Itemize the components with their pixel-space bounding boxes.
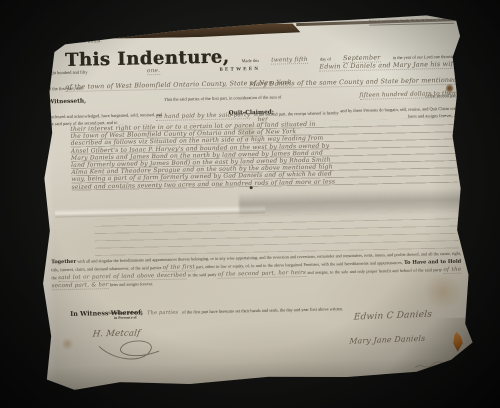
quit-claimed-label: Quit-Claimed;	[229, 110, 274, 117]
first-part-phrase: of the first part, and	[47, 86, 82, 92]
bottom-right-curl-shadow	[366, 317, 477, 389]
document-type-label: QUIT CLAIM DEED.	[57, 39, 103, 44]
witnesseth-label: Witnesseth,	[48, 99, 86, 106]
habendum-hand-3: of the second part, her heirs	[218, 270, 306, 279]
witness-signature-name: H. Metcalf	[92, 328, 141, 339]
to-have-and-to-hold: To Have and to Hold	[404, 259, 461, 266]
stain	[61, 338, 74, 350]
top-fold-brown-edge	[48, 15, 300, 40]
witness-clause-text: of the first part have hereunto set thei…	[182, 306, 343, 314]
property-description: their interest right or title in or to a…	[70, 118, 457, 191]
made-this-text: Made this	[242, 58, 260, 63]
deed-paper-sheet: Printed and Sold by Smith, Fisher & Bent…	[34, 11, 478, 396]
habendum-printed-5: and assigns, to the sole and only proper…	[307, 267, 442, 275]
signature-flourish	[93, 339, 172, 367]
consideration-printed: That the said parties of the first part,…	[164, 94, 282, 101]
habendum-printed-6: heirs and assigns forever.	[110, 281, 154, 287]
habendum-printed-3: the	[51, 275, 56, 280]
presents-printed: and by these Presents do bargain, sell, …	[340, 106, 458, 113]
printer-credit: Printed and Sold by Smith, Fisher & Bent…	[369, 18, 454, 26]
faint-pencil-scribble	[413, 358, 457, 373]
witness-signature: H. Metcalf	[92, 320, 183, 367]
habendum-hand-1: of the first	[163, 264, 196, 272]
photograph-background: Printed and Sold by Smith, Fisher & Bent…	[0, 0, 500, 408]
together-lead: Together	[51, 259, 76, 266]
habendum-printed-4: to the said party	[188, 272, 217, 278]
day-of-text: day of	[320, 56, 331, 61]
year-line-printed: eight hundred and fifty	[47, 69, 87, 75]
acknowledge-printed: confessed and acknowledged, have bargain…	[48, 112, 162, 119]
